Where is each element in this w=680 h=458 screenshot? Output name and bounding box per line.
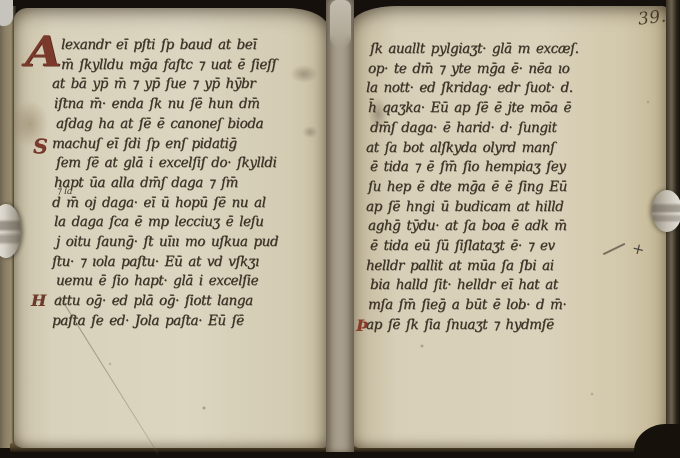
right-clasp-tab xyxy=(652,190,680,232)
manuscript-line: ſem ſē at glā i excelſiſ do· ſkylldi xyxy=(56,154,326,174)
top-left-light-patch xyxy=(0,0,13,26)
right-page: 39. + Þ ſk auallt pylgiaʒt· glā m excæſ.… xyxy=(352,6,670,448)
manuscript-line: machuſ eī ſdi ſp enſ pidatiḡ xyxy=(52,135,326,155)
manuscript-line: helldr pallit at mūa ſa ſbi ai xyxy=(366,257,658,277)
manuscript-line: la nott· ed ſkridag· edr ſuot· d. xyxy=(366,79,658,99)
manuscript-line: at ſa bot alſkyda olyrd manſ xyxy=(366,139,658,159)
interlinear-gloss: ⁊ la xyxy=(57,186,72,197)
manuscript-line: m̄ ſkylldu mḡa faſtc ⁊ uat ē ſieſſ xyxy=(61,56,326,76)
binding-gutter-top xyxy=(330,0,351,48)
manuscript-line: op· te dm̄ ⁊ yte mḡa ē· nēa ıo xyxy=(368,60,658,80)
rubric-initial-A: A xyxy=(25,31,62,73)
manuscript-line: paſta ſe ed· Jola paſta· Eū ſē xyxy=(52,312,326,332)
manuscript-line: aſdag ha at ſē ē canoneſ bioda xyxy=(56,115,326,135)
manuscript-line: uemu ē ſio hapt· glā i excelſie xyxy=(56,272,326,292)
manuscript-line: ſk auallt pylgiaʒt· glā m excæſ. xyxy=(370,40,658,60)
manuscript-line: iſtna m̄· enda ſk nu ſē hun dm̄ xyxy=(54,95,326,115)
manuscript-line: lexandr eī pſti ſp baud at beī xyxy=(61,36,326,56)
manuscript-line: mſa ſm̄ ſieḡ a būt ē lob· d m̄· xyxy=(368,296,658,316)
manuscript-line: aghḡ tȳdu· at ſa boa ē adk m̄ xyxy=(368,217,658,237)
manuscript-line: ē tida eū ſū ſiſlataʒt ē· ⁊ ev xyxy=(370,237,658,257)
folio-number: 39. xyxy=(637,6,668,29)
manuscript-line: ap ſē hngi ū budicam at hilld xyxy=(366,198,658,218)
left-page-text: lexandr eī pſti ſp baud at beī m̄ ſkylld… xyxy=(54,36,326,332)
manuscript-line: ſu hep ē dte mḡa ē ē ſing Eū xyxy=(368,178,658,198)
manuscript-photo: A S H ⁊ la lexandr eī pſti ſp baud at be… xyxy=(0,0,680,458)
rubric-initial-S: S xyxy=(33,136,47,156)
manuscript-line: bia halld ſit· helldr eī hat at xyxy=(370,276,658,296)
manuscript-line: la daga ſca ē mp lecciuʒ ē leſu xyxy=(54,213,326,233)
manuscript-line: h̄ qaʒka· Eū ap ſē ē jte mōa ē xyxy=(368,99,658,119)
rubric-initial-thorn: Þ xyxy=(356,318,368,334)
binding-gutter xyxy=(326,0,354,452)
rubric-initial-H: H xyxy=(31,293,46,309)
manuscript-line: at bā yp̄ m̄ ⁊ yp̄ ſue ⁊ yp̄ hȳbr xyxy=(52,75,326,95)
manuscript-line: d m̄ oj daga· eī ū hopū ſē nu al xyxy=(52,194,326,214)
manuscript-line: j oitu ſaunḡ· ſt uīıı mo uſkua pud xyxy=(56,233,326,253)
manuscript-line: ap ſē ſk ſia ſnuaʒt ⁊ hydmſē xyxy=(366,316,658,336)
manuscript-line: dm̄ſ daga· ē harid· d· ſungit xyxy=(370,119,658,139)
right-page-text: ſk auallt pylgiaʒt· glā m excæſ. op· te … xyxy=(368,40,658,336)
manuscript-line: hapt ūa alla dm̄ſ daga ⁊ ſm̄ xyxy=(54,174,326,194)
manuscript-line: ſtu· ⁊ ıola paſtu· Eū at vd vſkʒı xyxy=(52,253,326,273)
manuscript-line: attu oḡ· ed plā oḡ· ſiott langa xyxy=(54,292,326,312)
manuscript-line: ē tida ⁊ ē ſm̄ ſio hempiaʒ ſey xyxy=(370,158,658,178)
